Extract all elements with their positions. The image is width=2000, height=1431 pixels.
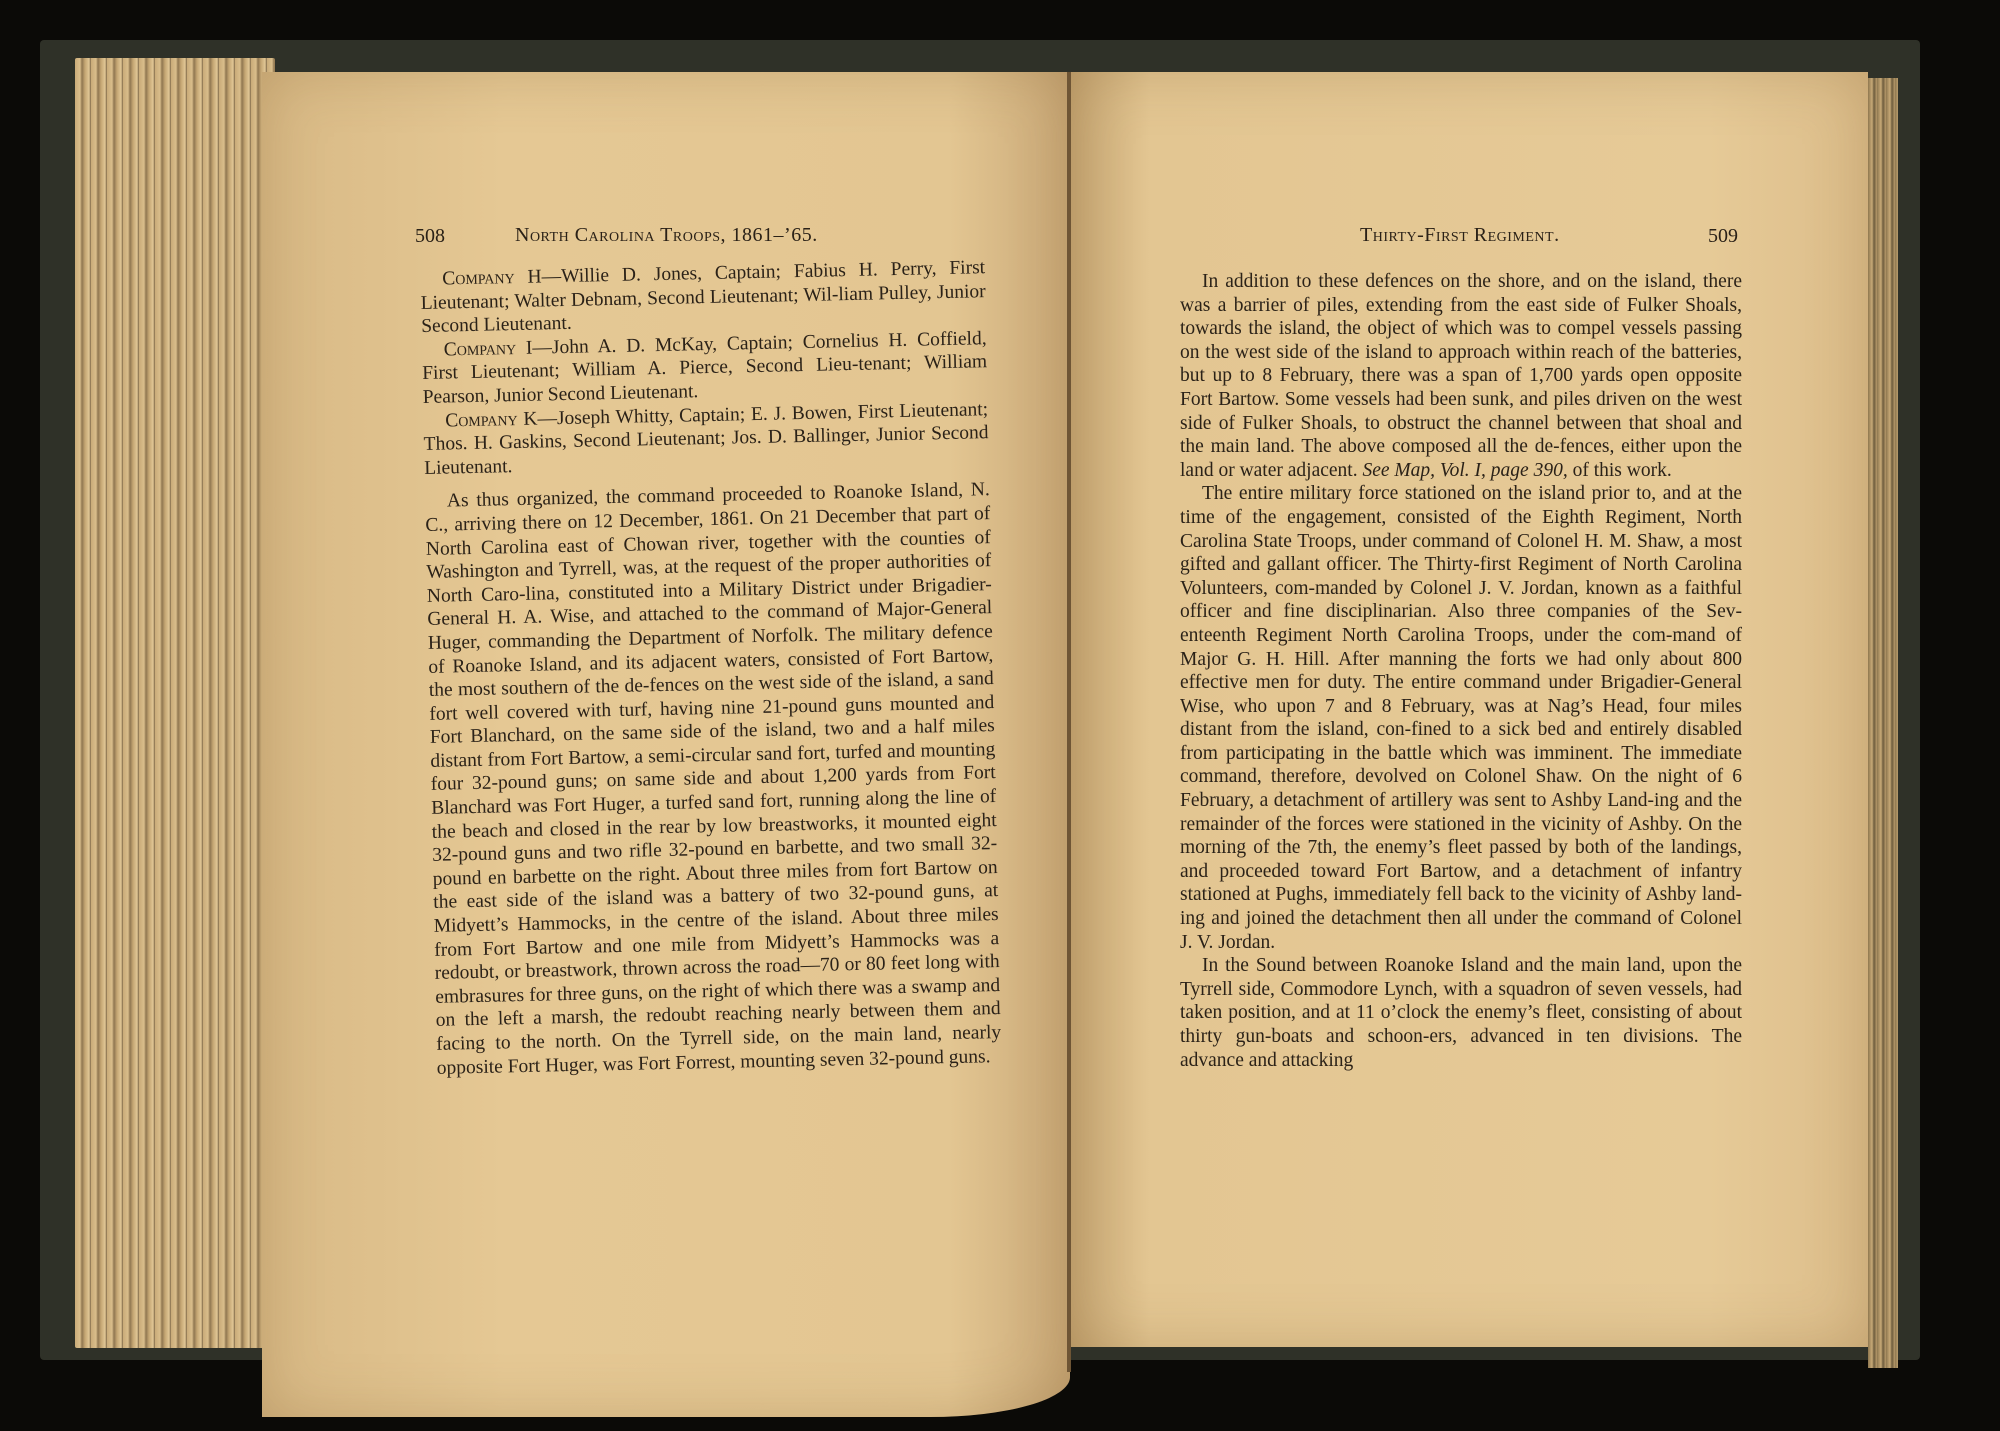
book-gutter	[1067, 72, 1071, 1372]
left-running-head: North Carolina Troops, 1861–’65.	[515, 224, 818, 247]
company-i-entry: Company I—John A. D. McKay, Captain; Cor…	[421, 327, 987, 410]
right-page-number: 509	[1708, 225, 1738, 248]
left-page-number: 508	[415, 225, 445, 248]
page-stack-right	[1868, 78, 1898, 1368]
paragraph-defences: In addition to these defences on the sho…	[1180, 270, 1742, 482]
company-k-entry: Company K—Joseph Whitty, Captain; E. J. …	[423, 398, 989, 481]
right-page-body: In addition to these defences on the sho…	[1180, 270, 1742, 1072]
map-reference: See Map, Vol. I, page 390,	[1362, 460, 1567, 481]
page-stack-left	[75, 58, 275, 1348]
paragraph-sound: In the Sound between Roanoke Island and …	[1180, 954, 1742, 1072]
paragraph-roanoke: As thus organized, the command proceeded…	[425, 478, 1002, 1080]
right-running-head: Thirty-First Regiment.	[1360, 224, 1560, 247]
company-label: Company K	[445, 408, 538, 431]
left-page-body: Company H—Willie D. Jones, Captain; Fabi…	[420, 256, 1002, 1080]
company-h-entry: Company H—Willie D. Jones, Captain; Fabi…	[420, 256, 986, 339]
paragraph-military-force: The entire military force stationed on t…	[1180, 482, 1742, 954]
company-label: Company H	[442, 266, 542, 289]
company-label: Company I	[443, 337, 532, 360]
